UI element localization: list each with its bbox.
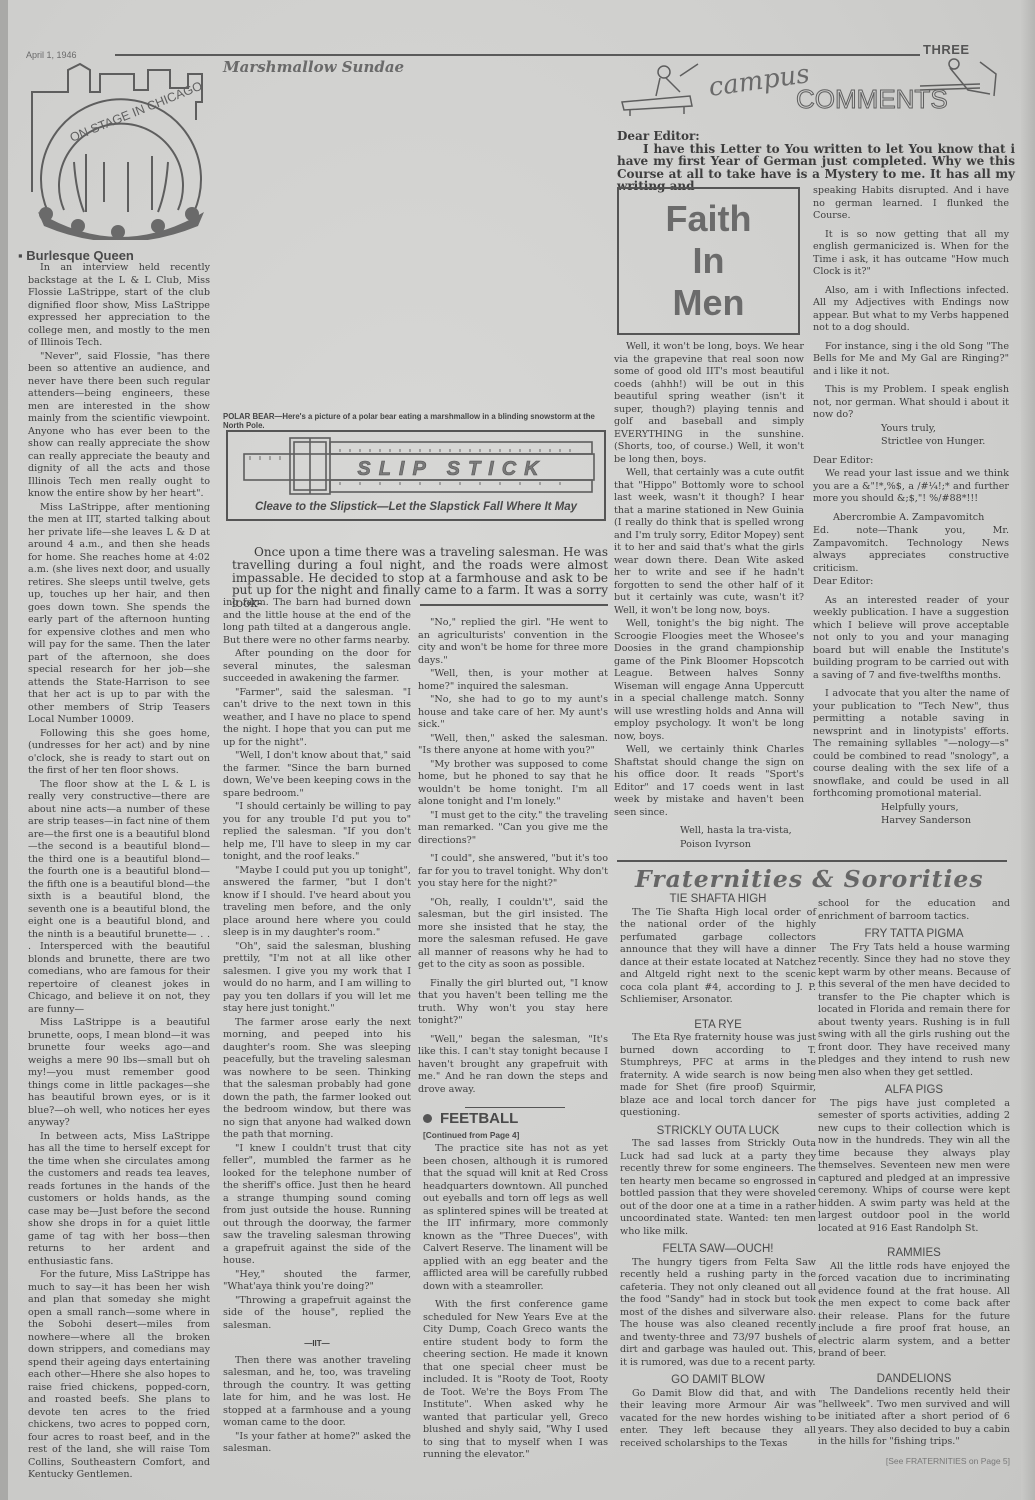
article-paragraph: Miss LaStrippe, after mentioning the men… <box>28 502 210 727</box>
story-paragraph: "I must get to the city." the traveling … <box>418 810 608 848</box>
title-line: Men <box>673 282 745 324</box>
letter-paragraph: Also, am i with Inflections infected. Al… <box>813 285 1009 335</box>
letter-signature: Abercrombie A. Zampavomitch <box>813 512 1009 525</box>
salesman-story-col-b: "No," replied the girl. "He went to an a… <box>418 617 608 1097</box>
fraternity-news: The Fry Tats held a house warming recent… <box>818 942 1010 1080</box>
editor-note: Ed. note—Thank you, Mr. Zampavomitch. Te… <box>813 525 1009 575</box>
fraternity-name: ETA RYE <box>620 1019 816 1032</box>
story-paragraph: "Farmer", said the salesman. "I can't dr… <box>223 687 411 750</box>
article-paragraph: The floor show at the L & L is really ve… <box>28 779 210 1017</box>
story-paragraph: "I should certainly be willing to pay yo… <box>223 801 411 864</box>
letter-salutation: Dear Editor: <box>617 130 1015 143</box>
story-paragraph: "Hey," shouted the farmer, "What'aya thi… <box>223 1269 411 1294</box>
feetball-headline: FEETBALL <box>423 1110 518 1127</box>
continued-on-link[interactable]: [See FRATERNITIES on Page 5] <box>818 1455 1010 1468</box>
column-closing: Well, hasta la tra-vista, <box>614 825 804 838</box>
letter-german-lead: Dear Editor: I have this Letter to You w… <box>617 130 1015 193</box>
letter-salutation: Dear Editor: <box>813 576 1009 589</box>
column-paragraph: Well, it won't be long, boys. We hear vi… <box>614 341 804 466</box>
story-paragraph: Then there was another traveling salesma… <box>223 1355 411 1430</box>
page-number: THREE <box>923 42 970 57</box>
slipstick-banner: SLIP STICK Cleave to the Slipstick—Let t… <box>226 430 606 521</box>
fraternity-news: The Eta Rye fraternity house was just bu… <box>620 1032 816 1120</box>
fraternity-name: FRY TATTA PIGMA <box>818 928 1010 941</box>
page-edge-right <box>1021 0 1035 1500</box>
story-paragraph: "Well, then," asked the salesman. "Is th… <box>418 733 608 758</box>
story-paragraph: "No," replied the girl. "He went to an a… <box>418 617 608 667</box>
article-paragraph: With the first conference game scheduled… <box>423 1299 608 1462</box>
theater-curtain-skyline-icon: ON STAGE IN CHICAGO ON STAGE IN CHICAGO <box>28 62 210 240</box>
faith-in-men-title-box: Faith In Men <box>617 187 800 335</box>
svg-text:COMMENTS: COMMENTS <box>796 84 948 114</box>
slipstick-tagline: Cleave to the Slipstick—Let the Slapstic… <box>228 501 604 513</box>
story-paragraph: "I could", she answered, "but it's too f… <box>418 853 608 891</box>
story-paragraph: "I knew I couldn't trust that city felle… <box>223 1143 411 1268</box>
faith-in-men-column: Well, it won't be long, boys. We hear vi… <box>614 341 804 852</box>
letter-salutation: Dear Editor: <box>813 455 1009 468</box>
section-divider: —IIT— <box>223 1338 411 1351</box>
slide-rule-icon: SLIP STICK <box>230 436 606 496</box>
fraternity-name: GO DAMIT BLOW <box>620 1374 816 1387</box>
fraternity-name: DANDELIONS <box>818 1373 1010 1386</box>
fraternity-news: All the little rods have enjoyed the for… <box>818 1261 1010 1361</box>
story-paragraph: "No, she had to go to my aunt's house an… <box>418 694 608 732</box>
bullet-icon <box>423 1114 432 1123</box>
fraternities-column-1: TIE SHAFTA HIGH The Tie Shafta High loca… <box>620 893 816 1451</box>
article-paragraph: Miss LaStrippe is a beautiful brunette, … <box>28 1017 210 1130</box>
story-paragraph: "Well, I don't know about that," said th… <box>223 750 411 800</box>
fraternity-news: The hungry tigers from Felta Saw recentl… <box>620 1257 816 1370</box>
letter-closing: Helpfully yours, <box>813 802 1009 815</box>
story-paragraph: The farmer arose early the next morning,… <box>223 1017 411 1142</box>
fraternities-column-2: school for the education and enrichment … <box>818 898 1010 1467</box>
letter-paragraph: speaking Habits disrupted. And i have no… <box>813 185 1009 223</box>
article-paragraph: "Never", said Flossie, "has there been s… <box>28 351 210 501</box>
letter-closing: Yours truly, <box>813 423 1009 436</box>
fraternities-headline: Fraternities & Sororities <box>635 865 984 893</box>
letters-to-editor-column: speaking Habits disrupted. And i have no… <box>813 185 1009 829</box>
title-line: In <box>693 240 725 282</box>
story-paragraph: ing farm. The barn had burned down and t… <box>223 597 411 647</box>
column-rule <box>465 1107 565 1108</box>
story-paragraph: "My brother was supposed to come home, b… <box>418 759 608 809</box>
letter-paragraph: This is my Problem. I speak english not,… <box>813 384 1009 422</box>
story-paragraph: "Maybe I could put you up tonight", answ… <box>223 865 411 940</box>
letter-paragraph: I advocate that you alter the name of yo… <box>813 688 1009 801</box>
burlesque-article: In an interview held recently backstage … <box>28 262 210 1483</box>
fraternity-news: The sad lasses from Strickly Outa Luck h… <box>620 1138 816 1238</box>
article-paragraph: Following this she goes home, (undresses… <box>28 728 210 778</box>
letter-paragraph: For instance, sing i the old Song "The B… <box>813 341 1009 379</box>
fraternity-name: ALFA PIGS <box>818 1084 1010 1097</box>
article-paragraph: The practice site has not as yet been ch… <box>423 1143 608 1293</box>
issue-date: April 1, 1946 <box>26 50 77 60</box>
fraternity-news: The pigs have just completed a semester … <box>818 1098 1010 1236</box>
burlesque-headline: ▪ Burlesque Queen <box>18 248 134 263</box>
column-paragraph: Well, we certainly think Charles Shaftst… <box>614 744 804 819</box>
column-rule <box>420 604 608 606</box>
story-paragraph: Finally the girl blurted out, "I know th… <box>418 978 608 1028</box>
article-paragraph: For the future, Miss LaStrippe has much … <box>28 1269 210 1482</box>
letter-paragraph: As an interested reader of your weekly p… <box>813 595 1009 683</box>
story-paragraph: "Oh", said the salesman, blushing pretti… <box>223 941 411 1016</box>
story-paragraph: "Oh, really, I couldn't", said the sales… <box>418 897 608 972</box>
letter-paragraph: We read your last issue and we think you… <box>813 468 1009 506</box>
continued-from-note: [Continued from Page 4] <box>423 1130 519 1140</box>
fraternity-news: The Dandelions recently held their "hell… <box>818 1386 1010 1449</box>
letter-paragraph: It is so now getting that all my english… <box>813 229 1009 279</box>
fraternity-news: Go Damit Blow did that, and with their l… <box>620 1388 816 1451</box>
letter-signature: Harvey Sanderson <box>813 815 1009 828</box>
story-paragraph: After pounding on the door for several m… <box>223 648 411 686</box>
column-paragraph: Well, that certainly was a cute outfit t… <box>614 467 804 617</box>
campus-comments-banner: campus COMMENTS <box>620 56 1010 116</box>
letter-signature: Strictlee von Hunger. <box>813 436 1009 449</box>
fraternity-name: STRICKLY OUTA LUCK <box>620 1125 816 1138</box>
article-paragraph: In an interview held recently backstage … <box>28 262 210 350</box>
story-paragraph: "Is your father at home?" asked the sale… <box>223 1431 411 1456</box>
svg-text:ON STAGE IN CHICAGO: ON STAGE IN CHICAGO <box>68 79 205 145</box>
salesman-story-col-a: ing farm. The barn had burned down and t… <box>223 597 411 1457</box>
page-edge-left <box>0 0 8 1500</box>
svg-text:SLIP STICK: SLIP STICK <box>357 458 546 480</box>
title-line: Faith <box>666 198 752 240</box>
newspaper-page: April 1, 1946 THREE Marshmallow Sundae O… <box>0 0 1035 1500</box>
fraternity-name: RAMMIES <box>818 1247 1010 1260</box>
fraternity-name: TIE SHAFTA HIGH <box>620 893 816 906</box>
fraternity-news: The Tie Shafta High local order of the n… <box>620 907 816 1007</box>
svg-text:ON STAGE IN CHICAGO: ON STAGE IN CHICAGO <box>28 62 175 65</box>
story-paragraph: "Well," began the salesman, "It's like t… <box>418 1034 608 1097</box>
fraternity-name: FELTA SAW—OUCH! <box>620 1243 816 1256</box>
fraternity-news: school for the education and enrichment … <box>818 898 1010 923</box>
section-title: Marshmallow Sundae <box>223 58 404 76</box>
photo-caption: POLAR BEAR—Here's a picture of a polar b… <box>223 412 608 430</box>
section-rule <box>617 860 1007 862</box>
feetball-article: The practice site has not as yet been ch… <box>423 1143 608 1463</box>
article-paragraph: In between acts, Miss LaStrippe has all … <box>28 1131 210 1269</box>
story-paragraph: "Throwing a grapefruit against the side … <box>223 1295 411 1333</box>
column-paragraph: Well, tonight's the big night. The Scroo… <box>614 618 804 743</box>
story-paragraph: "Well, then, is your mother at home?" in… <box>418 668 608 693</box>
column-signature: Poison Ivyrson <box>614 839 804 852</box>
